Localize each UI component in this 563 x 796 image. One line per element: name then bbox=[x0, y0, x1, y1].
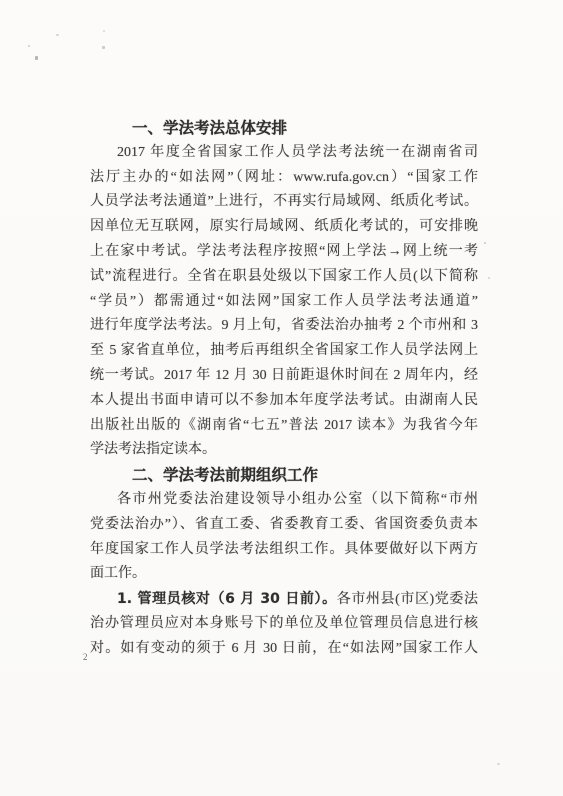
text-line: 人员学法考法通道”上进行，不再实行局域网、纸质化考试。 bbox=[90, 190, 478, 215]
section-heading: 二、学法考法前期组织工作 bbox=[90, 463, 478, 488]
text-line: 2017 年度全省国家工作人员学法考法统一在湖南省司 bbox=[90, 141, 478, 166]
text-line: 进行年度学法考法。9 月上旬，省委法治办抽考 2 个市州和 3 bbox=[90, 314, 478, 339]
bold-lead-text: 1. 管理员核对（6 月 30 日前）。 bbox=[117, 591, 337, 607]
text-line: 学法考法指定读本。 bbox=[90, 438, 478, 463]
scan-speck bbox=[28, 45, 30, 47]
scan-speck bbox=[103, 30, 105, 32]
scan-speck bbox=[35, 56, 38, 60]
text-line: 上在家中考试。学法考法程序按照“网上学法→网上统一考 bbox=[90, 240, 478, 265]
text-line: 1. 管理员核对（6 月 30 日前）。各市州县(市区)党委法 bbox=[90, 587, 478, 612]
page-number: 2 bbox=[83, 651, 88, 663]
text-line: 面工作。 bbox=[90, 562, 478, 587]
scan-speck bbox=[488, 277, 490, 279]
text-line: 法厅主办的“如法网”（网址：www.rufa.gov.cn）“国家工作 bbox=[90, 166, 478, 191]
text-line: 治办管理员应对本身账号下的单位及单位管理员信息进行核 bbox=[90, 612, 478, 637]
text-line: 试”流程进行。全省在职县处级以下国家工作人员(以下简称 bbox=[90, 265, 478, 290]
scan-speck bbox=[102, 46, 105, 49]
text-line: 本人提出书面申请可以不参加本年度学法考试。由湖南人民 bbox=[90, 389, 478, 414]
document-body: 一、学法考法总体安排2017 年度全省国家工作人员学法考法统一在湖南省司法厅主办… bbox=[90, 116, 478, 662]
text-line: 各市州党委法治建设领导小组办公室（以下简称“市州 bbox=[90, 488, 478, 513]
text-line: 因单位无互联网，原实行局域网、纸质化考试的，可安排晚 bbox=[90, 215, 478, 240]
text-line: 统一考试。2017 年 12 月 30 日前距退休时间在 2 周年内，经 bbox=[90, 364, 478, 389]
text-line: 党委法治办”）、省直工委、省委教育工委、省国资委负责本 bbox=[90, 513, 478, 538]
scan-speck bbox=[497, 763, 500, 765]
scanned-document-page: 一、学法考法总体安排2017 年度全省国家工作人员学法考法统一在湖南省司法厅主办… bbox=[0, 0, 563, 796]
text-line: 至 5 家省直单位，抽考后再组织全省国家工作人员学法网上 bbox=[90, 339, 478, 364]
text-line: 年度国家工作人员学法考法组织工作。具体要做好以下两方 bbox=[90, 538, 478, 563]
line-text: 各市州县(市区)党委法 bbox=[337, 592, 478, 607]
text-line: 对。如有变动的须于 6 月 30 日前，在“如法网”国家工作人 bbox=[90, 637, 478, 662]
text-line: “学员”）都需通过“如法网”国家工作人员学法考法通道” bbox=[90, 290, 478, 315]
text-line: 出版社出版的《湖南省“七五”普法 2017 读本》为我省今年 bbox=[90, 414, 478, 439]
section-heading: 一、学法考法总体安排 bbox=[90, 116, 478, 141]
scan-speck bbox=[56, 34, 59, 36]
scan-speck bbox=[484, 242, 486, 244]
